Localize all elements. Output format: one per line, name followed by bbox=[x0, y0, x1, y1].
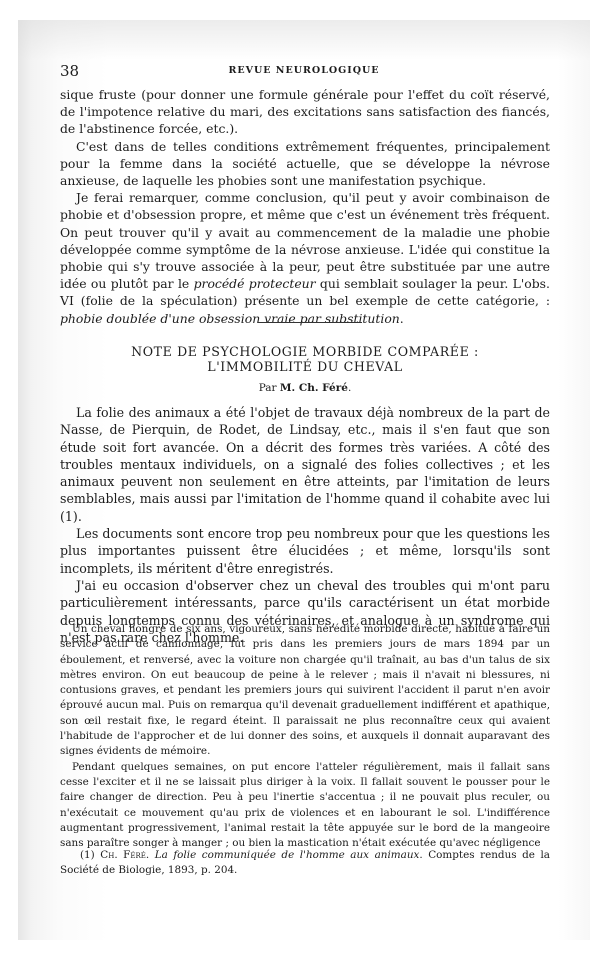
paragraph-conclusion: Je ferai remarquer, comme conclusion, qu… bbox=[60, 189, 550, 327]
previous-article-continuation: sique fruste (pour donner une formule gé… bbox=[60, 86, 550, 327]
text-run: . bbox=[400, 311, 404, 326]
byline: Par M. Ch. Féré. bbox=[60, 382, 550, 394]
text-run: . bbox=[146, 849, 155, 861]
paragraph: La folie des animaux a été l'objet de tr… bbox=[60, 404, 550, 525]
article-title-line-1: NOTE DE PSYCHOLOGIE MORBIDE COMPARÉE : bbox=[60, 344, 550, 359]
italic-term: procédé protecteur bbox=[194, 276, 316, 291]
footnote-title: La folie communiquée de l'homme aux anim… bbox=[155, 849, 420, 861]
article-body: La folie des animaux a été l'objet de tr… bbox=[60, 404, 550, 646]
paragraph: C'est dans de telles conditions extrêmem… bbox=[60, 138, 550, 190]
italic-term: phobie doublée d'une obsession vraie par… bbox=[60, 311, 400, 326]
observation-case: Un cheval hongre de six ans, vigoureux, … bbox=[60, 622, 550, 851]
byline-prefix: Par bbox=[259, 382, 280, 394]
page-header: 38 REVUE NEUROLOGIQUE bbox=[60, 62, 548, 80]
observation-paragraph: Pendant quelques semaines, on put encore… bbox=[60, 760, 550, 852]
footnote-author: Ch. Féré bbox=[100, 849, 146, 861]
byline-suffix: . bbox=[348, 382, 351, 394]
byline-author: M. Ch. Féré bbox=[280, 382, 348, 394]
running-title: REVUE NEUROLOGIQUE bbox=[60, 65, 548, 76]
paragraph: sique fruste (pour donner une formule gé… bbox=[60, 86, 550, 138]
footnote: (1) Ch. Féré. La folie communiquée de l'… bbox=[60, 848, 550, 879]
section-divider bbox=[258, 322, 362, 323]
paragraph: Les documents sont encore trop peu nombr… bbox=[60, 525, 550, 577]
article-title-line-2: L'IMMOBILITÉ DU CHEVAL bbox=[60, 359, 550, 374]
observation-paragraph: Un cheval hongre de six ans, vigoureux, … bbox=[60, 622, 550, 760]
footnote-marker: (1) bbox=[80, 849, 100, 861]
article-title: NOTE DE PSYCHOLOGIE MORBIDE COMPARÉE : L… bbox=[60, 344, 550, 374]
